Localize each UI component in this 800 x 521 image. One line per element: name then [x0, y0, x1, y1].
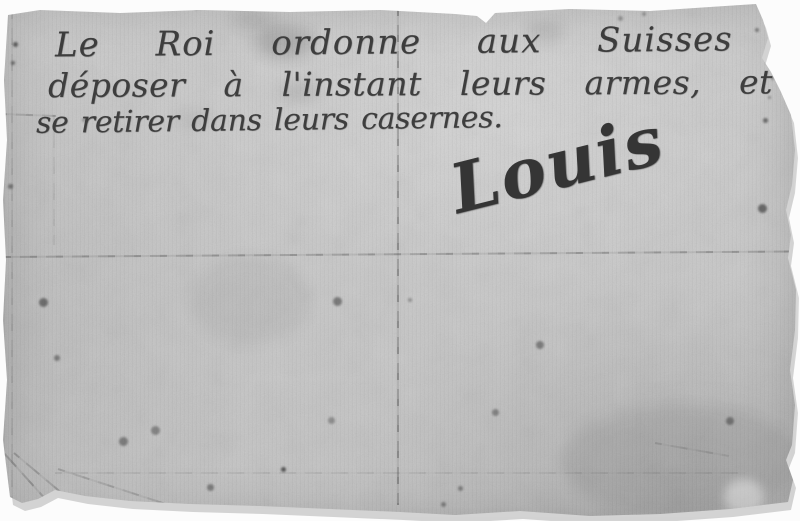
- ink-stain: [194, 6, 198, 10]
- edge-vignette: [0, 0, 800, 521]
- scanned-document: Le Roi ordonne aux Suisses de déposer à …: [0, 0, 800, 521]
- ink-stain: [771, 514, 776, 519]
- manuscript-paper: Le Roi ordonne aux Suisses de déposer à …: [0, 0, 800, 521]
